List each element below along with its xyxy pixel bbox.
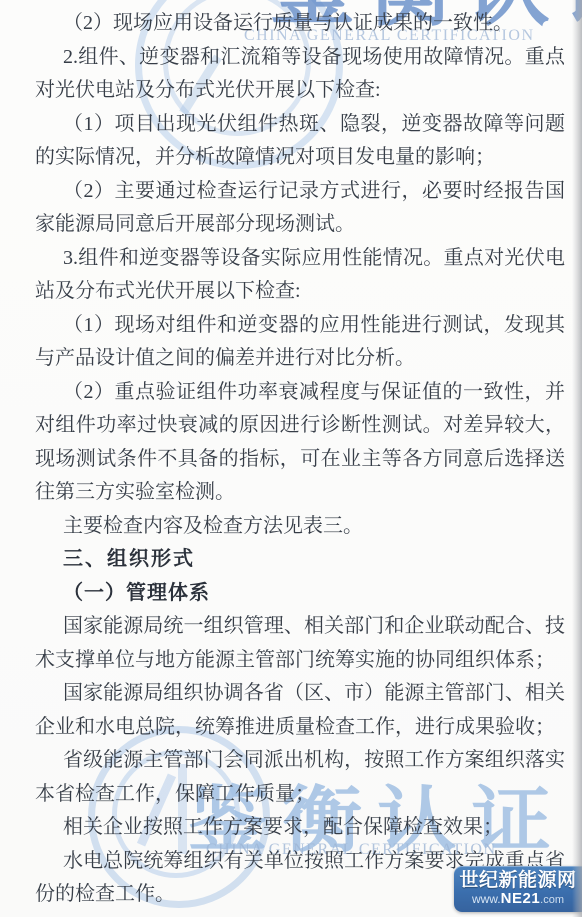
section-heading: 三、组织形式 <box>35 543 565 577</box>
document-body: （2）现场应用设备运行质量与认证成果的一致性。2.组件、逆变器和汇流箱等设备现场… <box>35 0 565 912</box>
ne21-logo-badge: 世纪新能源网 www.NE21.com <box>454 866 582 912</box>
paragraph: （2）主要通过检查运行记录方式进行，必要时经报告国家能源局同意后开展部分现场测试… <box>35 175 565 242</box>
paragraph: 主要检查内容及检查方法见表三。 <box>35 510 565 544</box>
paragraph: 国家能源局统一组织管理、相关部门和企业联动配合、技术支撑单位与地方能源主管部门统… <box>35 610 565 677</box>
document-page: 鉴衡认证 CHINA GENERAL CERTIFICATION 鉴衡认证 CH… <box>0 0 582 917</box>
paragraph: 3.组件和逆变器等设备实际应用性能情况。重点对光伏电站及分布式光伏开展以下检查: <box>35 242 565 309</box>
paragraph: 国家能源局组织协调各省（区、市）能源主管部门、相关企业和水电总院，统筹推进质量检… <box>35 677 565 744</box>
paragraph: （2）现场应用设备运行质量与认证成果的一致性。 <box>35 7 565 41</box>
paragraph: 相关企业按照工作方案要求，配合保障检查效果； <box>35 811 565 845</box>
url-suffix: .com <box>540 894 564 906</box>
ne21-logo-url: www.NE21.com <box>454 891 582 908</box>
page-edge-shadow <box>572 0 582 917</box>
url-prefix: www. <box>472 892 501 906</box>
paragraph: （1）现场对组件和逆变器的应用性能进行测试，发现其与产品设计值之间的偏差并进行对… <box>35 309 565 376</box>
ne21-logo-title: 世纪新能源网 <box>454 870 582 891</box>
section-heading: （一）管理体系 <box>35 577 565 611</box>
paragraph: （1）项目出现光伏组件热斑、隐裂，逆变器故障等问题的实际情况，并分析故障情况对项… <box>35 108 565 175</box>
paragraph: 省级能源主管部门会同派出机构，按照工作方案组织落实本省检查工作，保障工作质量； <box>35 744 565 811</box>
url-name: NE21 <box>501 890 541 907</box>
paragraph: 2.组件、逆变器和汇流箱等设备现场使用故障情况。重点对光伏电站及分布式光伏开展以… <box>35 41 565 108</box>
paragraph: （2）重点验证组件功率衰减程度与保证值的一致性，并对组件功率过快衰减的原因进行诊… <box>35 376 565 510</box>
